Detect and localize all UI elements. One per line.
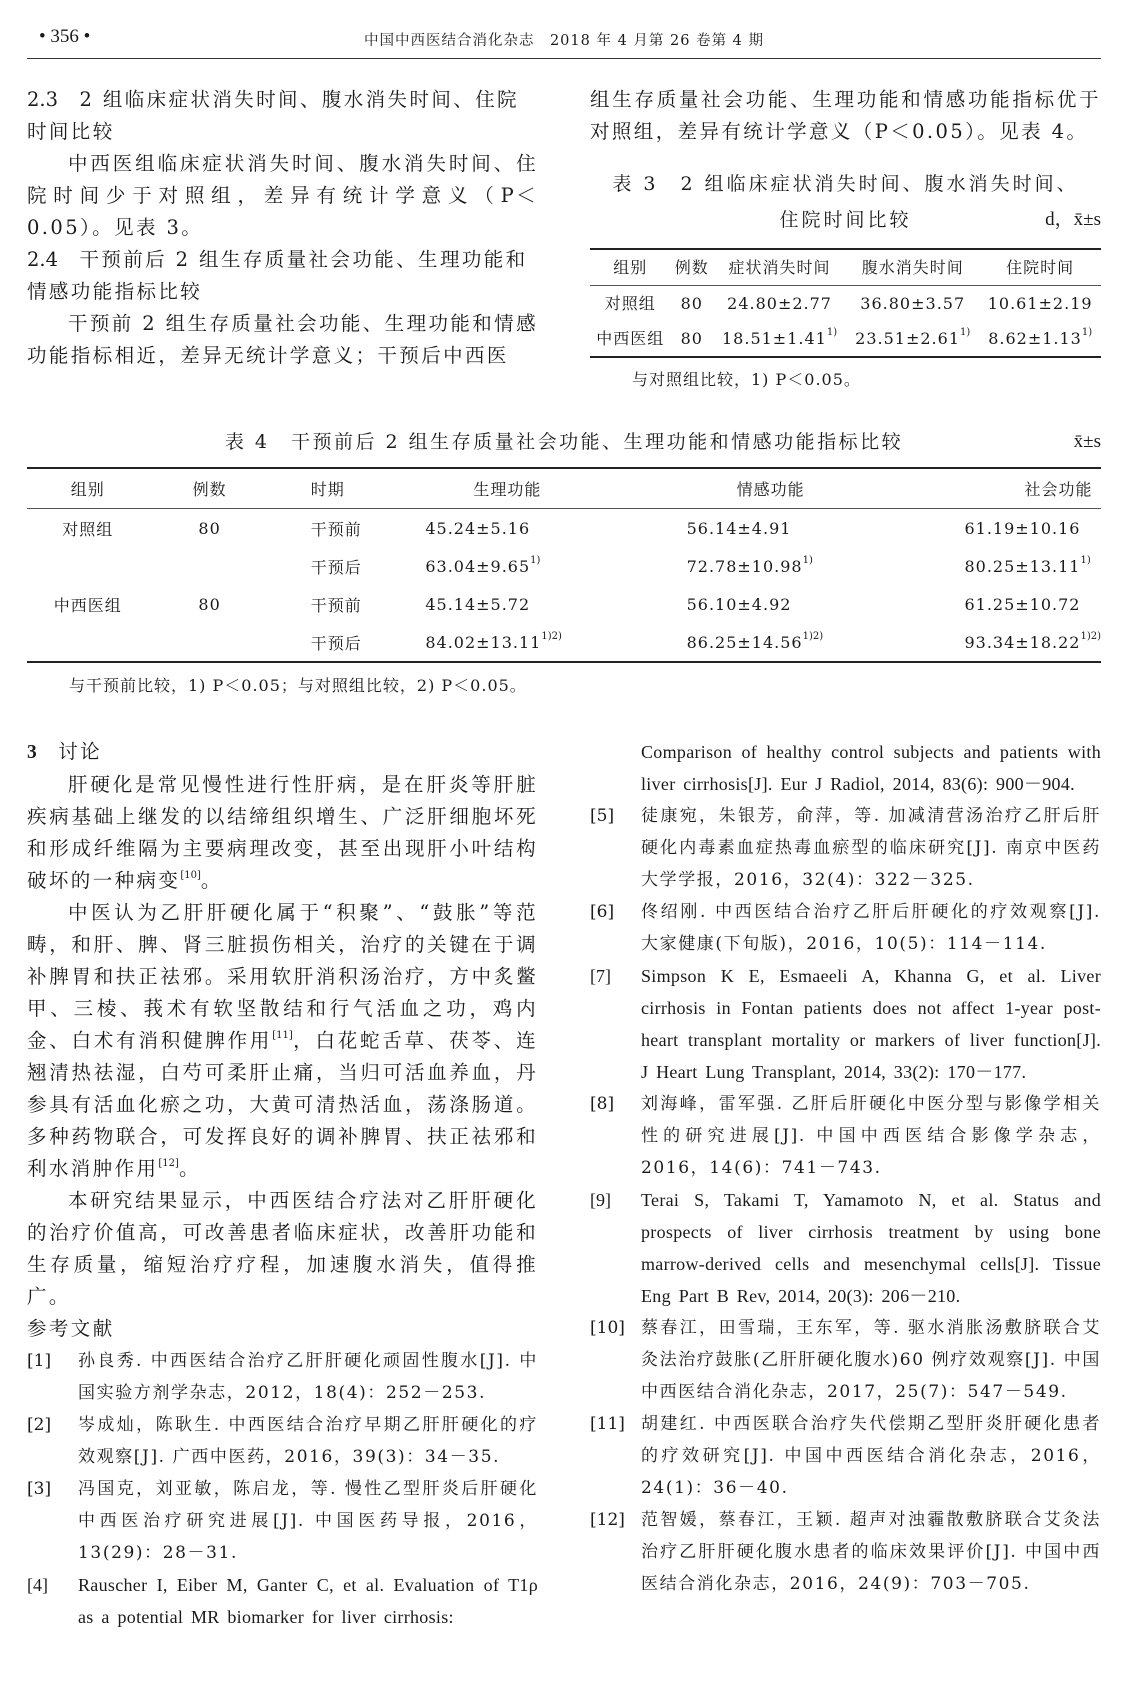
value-cell: 61.25±10.72 bbox=[964, 585, 1101, 623]
reference-list-left: [1]孙良秀. 中西医结合治疗乙肝肝硬化顽固性腹水[J]. 中国实验方剂学杂志，… bbox=[27, 1345, 538, 1633]
section-2-4-body: 干预前 2 组生存质量社会功能、生理功能和情感功能指标相近，差异无统计学意义；干… bbox=[27, 308, 538, 372]
value-cell: 10.61±2.19 bbox=[979, 286, 1101, 322]
column-header: 情感功能 bbox=[687, 468, 965, 509]
discussion-heading: 3讨论 bbox=[27, 736, 538, 769]
section-2-4-body-continued: 组生存质量社会功能、生理功能和情感功能指标优于对照组，差异有统计学意义（P＜0.… bbox=[590, 84, 1101, 148]
journal-title: 中国中西医结合消化杂志 2018 年 4 月第 26 卷第 4 期 bbox=[27, 29, 1101, 50]
reference-item: [12]范智媛，蔡春江，王颖. 超声对浊霾散敷脐联合艾灸法治疗乙肝肝硬化腹水患者… bbox=[590, 1504, 1101, 1600]
section-number: 3 bbox=[27, 742, 37, 763]
column-header: 住院时间 bbox=[979, 249, 1101, 286]
table-3-title-line2: 住院时间比较 bbox=[779, 209, 911, 231]
reference-item-continued: Comparison of healthy control subjects a… bbox=[590, 736, 1101, 800]
table-row: 对照组 80 24.80±2.77 36.80±3.57 10.61±2.19 bbox=[590, 286, 1101, 322]
table-row: 对照组 80 干预前 45.24±5.16 56.14±4.91 61.19±1… bbox=[27, 509, 1101, 548]
column-header: 组别 bbox=[590, 249, 671, 286]
column-header: 社会功能 bbox=[964, 468, 1101, 509]
section-2-3-body: 中西医组临床症状消失时间、腹水消失时间、住院时间少于对照组，差异有统计学意义（P… bbox=[27, 148, 538, 244]
value-cell: 36.80±3.57 bbox=[846, 286, 979, 322]
column-header: 组别 bbox=[27, 468, 148, 509]
table-4-footnote: 与干预前比较，1) P＜0.05；与对照组比较，2) P＜0.05。 bbox=[69, 673, 1101, 696]
count-cell bbox=[148, 623, 270, 662]
count-cell: 80 bbox=[148, 585, 270, 623]
count-cell: 80 bbox=[148, 509, 270, 548]
reference-item: [3]冯国克，刘亚敏，陈启龙，等. 慢性乙型肝炎后肝硬化中西医治疗研究进展[J]… bbox=[27, 1473, 538, 1569]
section-title: 讨论 bbox=[58, 740, 102, 763]
value-cell: 93.34±18.221)2) bbox=[964, 623, 1101, 662]
right-column-top: 组生存质量社会功能、生理功能和情感功能指标优于对照组，差异有统计学意义（P＜0.… bbox=[590, 84, 1101, 396]
count-cell: 80 bbox=[671, 321, 713, 357]
value-cell: 56.14±4.91 bbox=[687, 509, 965, 548]
group-cell bbox=[27, 547, 148, 585]
table-row: 中西医组 80 18.51±1.411) 23.51±2.611) 8.62±1… bbox=[590, 321, 1101, 357]
reference-item: [6]佟绍刚. 中西医结合治疗乙肝后肝硬化的疗效观察[J]. 大家健康(下旬版)… bbox=[590, 896, 1101, 960]
page-header: • 356 • 中国中西医结合消化杂志 2018 年 4 月第 26 卷第 4 … bbox=[27, 22, 1101, 59]
discussion-paragraph-1: 肝硬化是常见慢性进行性肝病，是在肝炎等肝脏疾病基础上继发的以结缔组织增生、广泛肝… bbox=[27, 769, 538, 897]
value-cell: 23.51±2.611) bbox=[846, 321, 979, 357]
table-3: 组别 例数 症状消失时间 腹水消失时间 住院时间 对照组 80 24.80±2.… bbox=[590, 248, 1101, 358]
value-cell: 18.51±1.411) bbox=[713, 321, 846, 357]
value-cell: 61.19±10.16 bbox=[964, 509, 1101, 548]
column-header: 例数 bbox=[148, 468, 270, 509]
group-cell: 对照组 bbox=[590, 286, 671, 322]
value-cell: 63.04±9.651) bbox=[425, 547, 686, 585]
value-cell: 86.25±14.561)2) bbox=[687, 623, 965, 662]
discussion-paragraph-2: 中医认为乙肝肝硬化属于“积聚”、“鼓胀”等范畴，和肝、脾、肾三脏损伤相关，治疗的… bbox=[27, 897, 538, 1185]
reference-item: [4]Rauscher I, Eiber M, Ganter C, et al.… bbox=[27, 1569, 538, 1633]
value-cell: 8.62±1.131) bbox=[979, 321, 1101, 357]
left-column-top: 2.32 组临床症状消失时间、腹水消失时间、住院时间比较 中西医组临床症状消失时… bbox=[27, 84, 538, 372]
section-2-4-heading: 2.4干预前后 2 组生存质量社会功能、生理功能和情感功能指标比较 bbox=[27, 244, 538, 308]
table-4-title: 表 4 干预前后 2 组生存质量社会功能、生理功能和情感功能指标比较 x̄±s bbox=[27, 428, 1101, 456]
reference-item: [10]蔡春江，田雪瑞，王东军，等. 驱水消胀汤敷脐联合艾灸法治疗鼓胀(乙肝肝硬… bbox=[590, 1312, 1101, 1408]
section-title: 2 组临床症状消失时间、腹水消失时间、住院时间比较 bbox=[27, 88, 519, 143]
reference-item: [11]胡建红. 中西医联合治疗失代偿期乙型肝炎肝硬化患者的疗效研究[J]. 中… bbox=[590, 1408, 1101, 1504]
table-3-footnote: 与对照组比较，1) P＜0.05。 bbox=[632, 364, 1101, 396]
table-row: 中西医组 80 干预前 45.14±5.72 56.10±4.92 61.25±… bbox=[27, 585, 1101, 623]
group-cell bbox=[27, 623, 148, 662]
value-cell: 80.25±13.111) bbox=[964, 547, 1101, 585]
period-cell: 干预前 bbox=[271, 509, 426, 548]
column-header: 时期 bbox=[271, 468, 426, 509]
reference-item: [8]刘海峰，雷军强. 乙肝后肝硬化中医分型与影像学相关性的研究进展[J]. 中… bbox=[590, 1088, 1101, 1184]
citation[interactable]: [12] bbox=[158, 1158, 179, 1169]
period-cell: 干预后 bbox=[271, 623, 426, 662]
citation[interactable]: [10] bbox=[180, 870, 201, 881]
table-3-title: 表 3 2 组临床症状消失时间、腹水消失时间、 住院时间比较 d，x̄±s bbox=[590, 166, 1101, 238]
reference-item: [5]徒康宛，朱银芳，俞萍，等. 加减清营汤治疗乙肝后肝硬化内毒素血症热毒血瘀型… bbox=[590, 800, 1101, 896]
column-header: 生理功能 bbox=[425, 468, 686, 509]
value-cell: 72.78±10.981) bbox=[687, 547, 965, 585]
group-cell: 中西医组 bbox=[27, 585, 148, 623]
section-number: 2.4 bbox=[27, 248, 58, 271]
period-cell: 干预前 bbox=[271, 585, 426, 623]
table-header-row: 组别 例数 症状消失时间 腹水消失时间 住院时间 bbox=[590, 249, 1101, 286]
count-cell: 80 bbox=[671, 286, 713, 322]
reference-item: [7]Simpson K E, Esmaeeli A, Khanna G, et… bbox=[590, 960, 1101, 1088]
table-4-unit: x̄±s bbox=[1074, 428, 1101, 456]
column-header: 症状消失时间 bbox=[713, 249, 846, 286]
group-cell: 中西医组 bbox=[590, 321, 671, 357]
table-4: 组别 例数 时期 生理功能 情感功能 社会功能 对照组 80 干预前 45.24… bbox=[27, 467, 1101, 663]
value-cell: 45.14±5.72 bbox=[425, 585, 686, 623]
value-cell: 45.24±5.16 bbox=[425, 509, 686, 548]
citation[interactable]: [11] bbox=[272, 1030, 293, 1041]
table-row: 干预后 63.04±9.651) 72.78±10.981) 80.25±13.… bbox=[27, 547, 1101, 585]
section-2-3-heading: 2.32 组临床症状消失时间、腹水消失时间、住院时间比较 bbox=[27, 84, 538, 148]
count-cell bbox=[148, 547, 270, 585]
left-column-bottom: 3讨论 肝硬化是常见慢性进行性肝病，是在肝炎等肝脏疾病基础上继发的以结缔组织增生… bbox=[27, 736, 538, 1633]
value-cell: 24.80±2.77 bbox=[713, 286, 846, 322]
value-cell: 84.02±13.111)2) bbox=[425, 623, 686, 662]
table-4-block: 表 4 干预前后 2 组生存质量社会功能、生理功能和情感功能指标比较 x̄±s … bbox=[27, 428, 1101, 696]
references-heading: 参考文献 bbox=[27, 1313, 538, 1345]
reference-list-right: Comparison of healthy control subjects a… bbox=[590, 736, 1101, 1600]
table-row: 干预后 84.02±13.111)2) 86.25±14.561)2) 93.3… bbox=[27, 623, 1101, 662]
table-4-title-text: 表 4 干预前后 2 组生存质量社会功能、生理功能和情感功能指标比较 bbox=[225, 431, 903, 453]
reference-item: [1]孙良秀. 中西医结合治疗乙肝肝硬化顽固性腹水[J]. 中国实验方剂学杂志，… bbox=[27, 1345, 538, 1409]
table-3-unit: d，x̄±s bbox=[1045, 202, 1101, 238]
right-column-bottom: Comparison of healthy control subjects a… bbox=[590, 736, 1101, 1600]
table-header-row: 组别 例数 时期 生理功能 情感功能 社会功能 bbox=[27, 468, 1101, 509]
period-cell: 干预后 bbox=[271, 547, 426, 585]
column-header: 例数 bbox=[671, 249, 713, 286]
section-title: 干预前后 2 组生存质量社会功能、生理功能和情感功能指标比较 bbox=[27, 248, 528, 303]
table-3-title-line1: 表 3 2 组临床症状消失时间、腹水消失时间、 bbox=[590, 166, 1101, 202]
column-header: 腹水消失时间 bbox=[846, 249, 979, 286]
section-number: 2.3 bbox=[27, 88, 58, 111]
value-cell: 56.10±4.92 bbox=[687, 585, 965, 623]
reference-item: [9]Terai S, Takami T, Yamamoto N, et al.… bbox=[590, 1184, 1101, 1312]
discussion-paragraph-3: 本研究结果显示，中西医结合疗法对乙肝肝硬化的治疗价值高，可改善患者临床症状，改善… bbox=[27, 1185, 538, 1313]
group-cell: 对照组 bbox=[27, 509, 148, 548]
reference-item: [2]岑成灿，陈耿生. 中西医结合治疗早期乙肝肝硬化的疗效观察[J]. 广西中医… bbox=[27, 1409, 538, 1473]
